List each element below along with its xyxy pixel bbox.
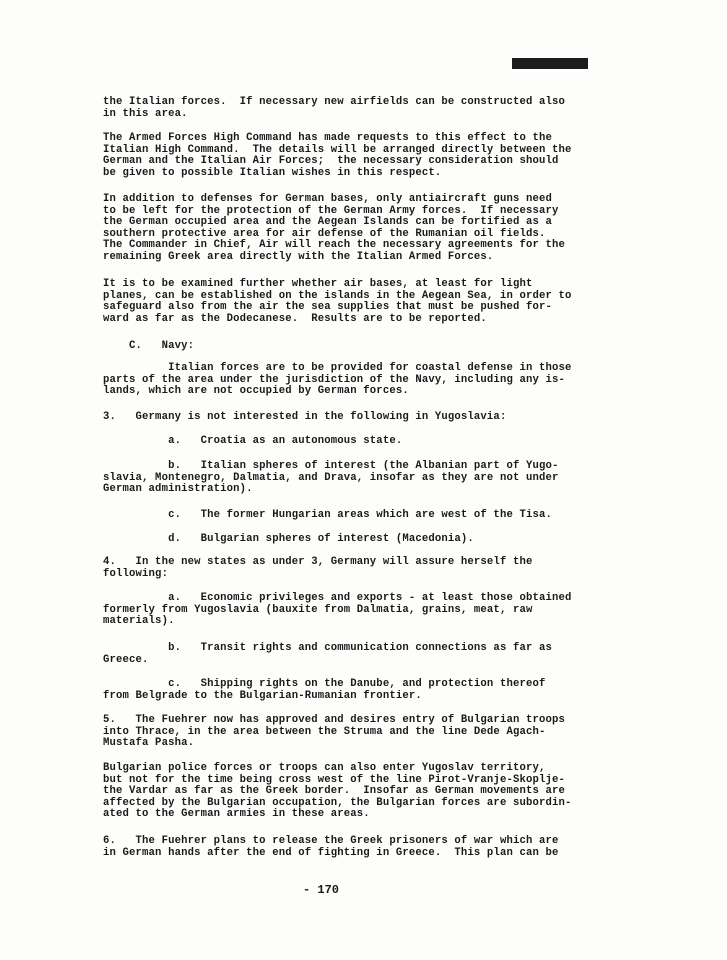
- paragraph-navy: Italian forces are to be provided for co…: [103, 363, 623, 398]
- paragraph-bulgarian-police: Bulgarian police forces or troops can al…: [103, 763, 623, 821]
- item-3: 3. Germany is not interested in the foll…: [103, 412, 623, 424]
- paragraph-air-bases: It is to be examined further whether air…: [103, 279, 623, 325]
- item-4b: b. Transit rights and communication conn…: [103, 643, 623, 666]
- classification-stamp: [512, 58, 588, 69]
- item-4c: c. Shipping rights on the Danube, and pr…: [103, 679, 623, 702]
- document-page: the Italian forces. If necessary new air…: [0, 0, 727, 960]
- paragraph-airfields: the Italian forces. If necessary new air…: [103, 97, 623, 120]
- section-heading-navy: C. Navy:: [103, 341, 623, 353]
- paragraph-defenses: In addition to defenses for German bases…: [103, 194, 623, 264]
- item-4: 4. In the new states as under 3, Germany…: [103, 557, 623, 580]
- item-3d: d. Bulgarian spheres of interest (Macedo…: [103, 534, 623, 546]
- page-number: - 170: [303, 883, 339, 897]
- item-4a: a. Economic privileges and exports - at …: [103, 593, 623, 628]
- item-6: 6. The Fuehrer plans to release the Gree…: [103, 836, 623, 859]
- item-5: 5. The Fuehrer now has approved and desi…: [103, 715, 623, 750]
- item-3c: c. The former Hungarian areas which are …: [103, 510, 623, 522]
- paragraph-high-command: The Armed Forces High Command has made r…: [103, 133, 623, 179]
- item-3b: b. Italian spheres of interest (the Alba…: [103, 461, 623, 496]
- item-3a: a. Croatia as an autonomous state.: [103, 436, 623, 448]
